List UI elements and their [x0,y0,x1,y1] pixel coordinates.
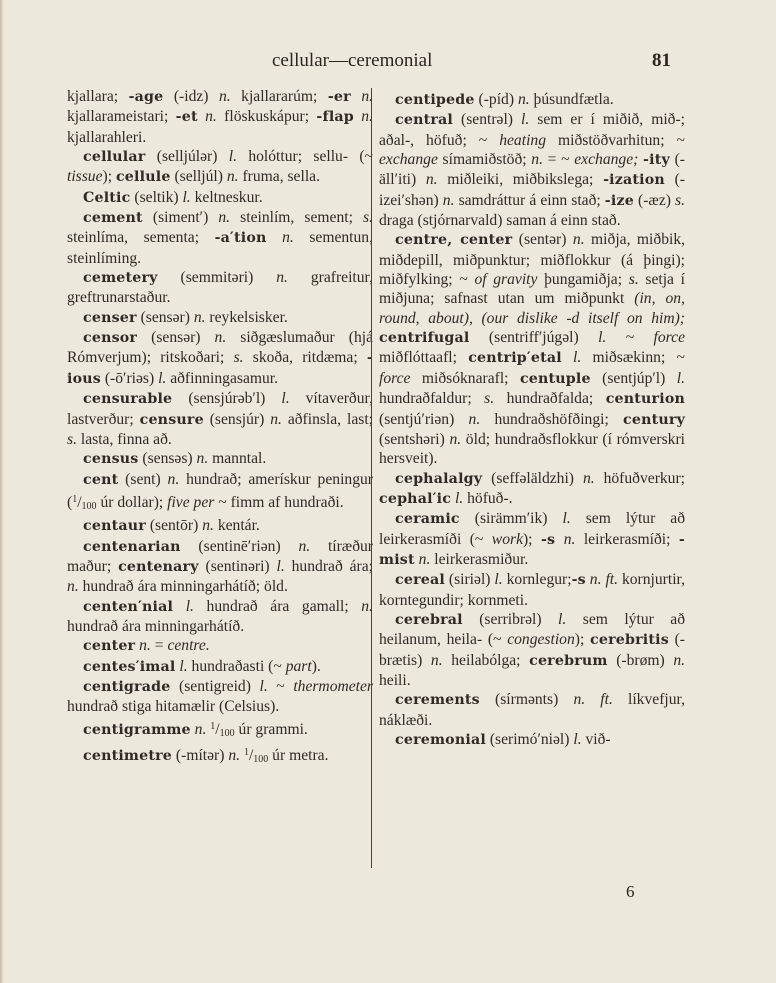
italic-label: l. [558,611,566,628]
italic-label: work [492,531,523,548]
italic-label: n. [276,269,288,286]
italic-label: n. [573,231,585,248]
headword: centigramme [83,722,191,738]
italic-label: l. [158,370,166,387]
dictionary-entry: centaur (sentōr) n. kentár. [67,516,373,536]
italic-label: exchange; [574,151,638,168]
headword: -er [328,89,351,105]
headword: cephalalgy [395,471,482,487]
italic-label: s. [484,390,494,407]
headword: censor [83,330,137,346]
italic-label: n. [205,108,217,125]
headword: centes′imal [83,659,175,675]
headword: -ize [605,193,634,209]
italic-label: l. [179,658,187,675]
italic-label: l. [281,390,289,407]
page-number: 81 [652,50,671,72]
dictionary-entry: centre, center (sentər) n. miðja, miðbik… [379,230,685,468]
italic-label: n. [219,88,231,105]
italic-label: l. [598,329,606,346]
italic-label: l. [677,370,685,387]
dictionary-entry: centigrade (sentigreid) l. ~ thermometer… [67,677,373,717]
dictionary-entry: cellular (selljúlər) l. holóttur; sellu-… [67,147,373,188]
italic-label: of gravity [474,271,537,288]
italic-label: l. [494,571,502,588]
italic-label: l. [562,510,570,527]
italic-label: centre. [167,637,209,654]
headword: centaur [83,518,146,534]
headword: censer [83,310,137,326]
italic-label: n. [215,329,227,346]
italic-label: n. [168,471,180,488]
italic-label: thermometer [293,678,373,695]
headword: -s [572,572,586,588]
headword: -ization [603,172,665,188]
right-column: centipede (-píd) n. þúsundfætla.central … [379,90,685,750]
italic-label: n. [469,411,481,428]
dictionary-entry: centipede (-píd) n. þúsundfætla. [379,90,685,110]
italic-label: n. ft. [573,691,612,708]
headword: cereal [395,572,445,588]
dictionary-entry: cerements (sírmənts) n. ft. líkvefjur, n… [379,690,685,730]
italic-label: n. [197,450,209,467]
headword: centrip′etal [468,350,562,366]
italic-label: congestion [507,631,575,648]
italic-label: n. [531,151,543,168]
italic-label: l. [573,731,581,748]
headword: cephal′ic [379,491,451,507]
italic-label: n. [67,578,79,595]
headword: centigrade [83,679,170,695]
headword: censure [140,412,204,428]
dictionary-entry: kjallara; -age (-idz) n. kjallararúm; -e… [67,87,373,147]
dictionary-entry: center n. = centre. [67,636,373,656]
headword: cerebral [395,612,463,628]
italic-label: l. [455,490,463,507]
headword: Celtic [83,190,131,206]
headword: cerebritis [590,632,669,648]
headword: ceramic [395,511,460,527]
italic-label: l. [186,598,194,615]
dictionary-entry: centes′imal l. hundraðasti (~ part). [67,657,373,677]
dictionary-entry: centenarian (sentinē′riən) n. tíræður ma… [67,537,373,597]
italic-label: n. [673,652,685,669]
headword: -age [129,89,164,105]
headword: -s [541,532,555,548]
headword: center [83,638,135,654]
italic-label: n. [228,747,240,764]
headword: -ious [67,350,373,386]
headword: -ity [643,152,670,168]
italic-label: n. [139,637,151,654]
dictionary-entry: ceremonial (serimó′niəl) l. við- [379,730,685,750]
italic-label: exchange [379,151,438,168]
headword: cerements [395,692,480,708]
dictionary-entry: censurable (sensjúrəb′l) l. vítaverður, … [67,389,373,449]
headword: centimetre [83,748,172,764]
headword: cent [83,472,118,488]
signature-mark: 6 [626,882,635,902]
italic-label: n. [194,309,206,326]
page-title: cellular—ceremonial [272,50,432,72]
headword: -et [176,109,198,125]
dictionary-entry: censor (sensər) n. siðgæslumaður (hjá Ró… [67,328,373,389]
dictionary-entry: centen′nial l. hundrað ára gamall; n. hu… [67,597,373,637]
dictionary-entry: cereal (siriəl) l. kornlegur;-s n. ft. k… [379,570,685,610]
dictionary-entry: central (sentrəl) l. sem er í miðið, mið… [379,110,685,230]
headword: centrifugal [379,330,470,346]
headword: censurable [83,391,172,407]
italic-label: n. [218,209,230,226]
dictionary-entry: Celtic (seltik) l. keltneskur. [67,188,373,208]
italic-label: l. [182,189,190,206]
headword: centenarian [83,539,181,555]
italic-label: n. [227,168,239,185]
headword: -flap [316,109,354,125]
left-column: kjallara; -age (-idz) n. kjallararúm; -e… [67,87,373,769]
headword: census [83,451,138,467]
dictionary-entry: census (sensəs) n. manntal. [67,449,373,469]
italic-label: s. [234,349,244,366]
dictionary-entry: cemetery (semmitəri) n. grafreitur, gref… [67,268,373,308]
dictionary-entry: centigramme n. 1/100 úr grammi. [67,717,373,743]
dictionary-entry: cent (sent) n. hundrað; amerískur pening… [67,470,373,517]
headword: cellular [83,149,145,165]
italic-label: n. [518,91,530,108]
column-divider [371,88,372,868]
italic-label: n. [195,721,207,738]
italic-label: (in, on, round, about), (our dislike -d … [379,290,685,326]
italic-label: n. [564,531,576,548]
headword: cerebrum [529,653,608,669]
headword: centipede [395,92,475,108]
dictionary-entry: cerebral (serribrəl) l. sem lýtur að hei… [379,610,685,690]
italic-label: n. [270,411,282,428]
italic-label: n. [426,171,438,188]
dictionary-entry: cephalalgy (seffəläldzhi) n. höfuðverkur… [379,469,685,510]
italic-label: five per [167,494,214,511]
italic-label: l. [573,349,581,366]
headword: centen′nial [83,599,173,615]
italic-label: l. [521,111,529,128]
headword: centuple [520,371,591,387]
italic-label: l. [229,148,237,165]
italic-label: tissue [67,168,103,185]
italic-label: n. [202,517,214,534]
headword: cellule [116,169,171,185]
dictionary-entry: cement (siment′) n. steinlím, sement; s.… [67,208,373,268]
italic-label: l. [277,558,285,575]
headword: -a′tion [215,230,267,246]
italic-label: force [379,370,410,387]
italic-label: n. [298,538,310,555]
headword: century [623,412,685,428]
italic-label: s. [629,271,639,288]
italic-label: n. [449,431,461,448]
italic-label: force [654,329,685,346]
italic-label: heating [499,132,546,149]
dictionary-entry: centimetre (-mítər) n. 1/100 úr metra. [67,743,373,769]
headword: centurion [606,391,685,407]
italic-label: n. ft. [590,571,618,588]
headword: ceremonial [395,732,486,748]
italic-label: n. [443,192,455,209]
italic-label: n. [431,652,443,669]
headword: central [395,112,453,128]
italic-label: part [286,658,312,675]
headword: centre, center [395,232,512,248]
italic-label: s. [675,192,685,209]
italic-label: n. [419,551,431,568]
dictionary-entry: censer (sensər) n. reykelsisker. [67,308,373,328]
italic-label: n. [282,229,294,246]
italic-label: n. [583,470,595,487]
italic-label: s. [67,431,77,448]
headword: centenary [118,559,199,575]
dictionary-entry: ceramic (sirämm′ik) l. sem lýtur að leir… [379,509,685,570]
page-edge [0,0,3,983]
italic-label: l. [260,678,268,695]
headword: cemetery [83,270,158,286]
running-head: cellular—ceremonial 81 [0,50,776,76]
headword: cement [83,210,143,226]
